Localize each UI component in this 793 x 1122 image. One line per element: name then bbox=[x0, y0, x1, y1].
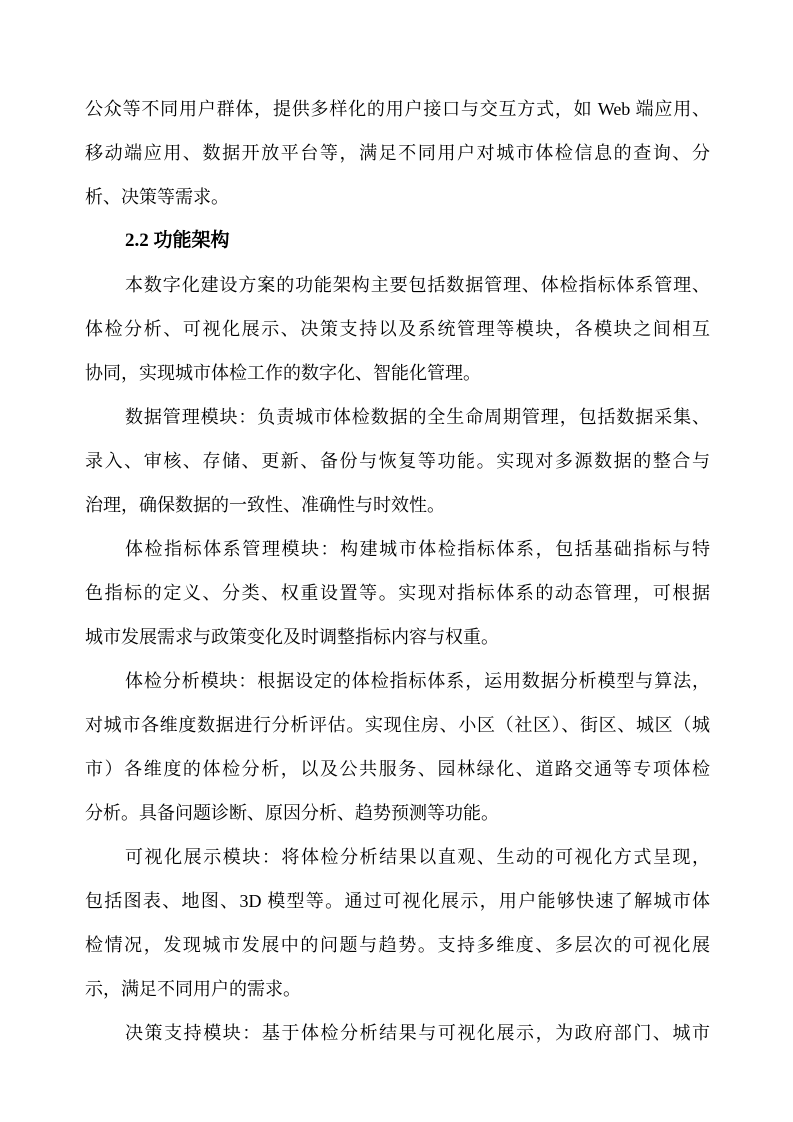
text-line: 可视化展示模块：将体检分析结果以直观、生动的可视化方式呈现， bbox=[85, 835, 710, 879]
text-line: 城市发展需求与政策变化及时调整指标内容与权重。 bbox=[85, 615, 710, 659]
text-line: 体检分析模块：根据设定的体检指标体系，运用数据分析模型与算法， bbox=[85, 659, 710, 703]
body-paragraph: 体检分析模块：根据设定的体检指标体系，运用数据分析模型与算法，对城市各维度数据进… bbox=[85, 659, 710, 835]
text-line: 录入、审核、存储、更新、备份与恢复等功能。实现对多源数据的整合与 bbox=[85, 439, 710, 483]
body-paragraph: 本数字化建设方案的功能架构主要包括数据管理、体检指标体系管理、体检分析、可视化展… bbox=[85, 263, 710, 395]
document-content: 公众等不同用户群体，提供多样化的用户接口与交互方式，如 Web 端应用、移动端应… bbox=[0, 0, 793, 1055]
text-line: 体检指标体系管理模块：构建城市体检指标体系，包括基础指标与特 bbox=[85, 527, 710, 571]
text-line: 数据管理模块：负责城市体检数据的全生命周期管理，包括数据采集、 bbox=[85, 395, 710, 439]
text-line: 包括图表、地图、3D 模型等。通过可视化展示，用户能够快速了解城市体 bbox=[85, 879, 710, 923]
body-paragraph: 体检指标体系管理模块：构建城市体检指标体系，包括基础指标与特色指标的定义、分类、… bbox=[85, 527, 710, 659]
text-line: 协同，实现城市体检工作的数字化、智能化管理。 bbox=[85, 351, 710, 395]
body-paragraph: 可视化展示模块：将体检分析结果以直观、生动的可视化方式呈现，包括图表、地图、3D… bbox=[85, 835, 710, 1011]
text-line: 体检分析、可视化展示、决策支持以及系统管理等模块，各模块之间相互 bbox=[85, 307, 710, 351]
text-line: 治理，确保数据的一致性、准确性与时效性。 bbox=[85, 483, 710, 527]
text-line: 色指标的定义、分类、权重设置等。实现对指标体系的动态管理，可根据 bbox=[85, 571, 710, 615]
body-paragraph: 公众等不同用户群体，提供多样化的用户接口与交互方式，如 Web 端应用、移动端应… bbox=[85, 87, 710, 219]
body-paragraph: 决策支持模块：基于体检分析结果与可视化展示，为政府部门、城市 bbox=[85, 1011, 710, 1055]
text-line: 本数字化建设方案的功能架构主要包括数据管理、体检指标体系管理、 bbox=[85, 263, 710, 307]
body-paragraph: 数据管理模块：负责城市体检数据的全生命周期管理，包括数据采集、录入、审核、存储、… bbox=[85, 395, 710, 527]
text-line: 对城市各维度数据进行分析评估。实现住房、小区（社区）、街区、城区（城 bbox=[85, 703, 710, 747]
document-page: 公众等不同用户群体，提供多样化的用户接口与交互方式，如 Web 端应用、移动端应… bbox=[0, 0, 793, 1122]
text-line: 分析。具备问题诊断、原因分析、趋势预测等功能。 bbox=[85, 791, 710, 835]
text-line: 决策支持模块：基于体检分析结果与可视化展示，为政府部门、城市 bbox=[85, 1011, 710, 1055]
text-line: 析、决策等需求。 bbox=[85, 175, 710, 219]
text-line: 市）各维度的体检分析，以及公共服务、园林绿化、道路交通等专项体检 bbox=[85, 747, 710, 791]
section-heading: 2.2 功能架构 bbox=[85, 219, 710, 263]
text-line: 示，满足不同用户的需求。 bbox=[85, 967, 710, 1011]
text-line: 检情况，发现城市发展中的问题与趋势。支持多维度、多层次的可视化展 bbox=[85, 923, 710, 967]
text-line: 移动端应用、数据开放平台等，满足不同用户对城市体检信息的查询、分 bbox=[85, 131, 710, 175]
text-line: 公众等不同用户群体，提供多样化的用户接口与交互方式，如 Web 端应用、 bbox=[85, 87, 710, 131]
